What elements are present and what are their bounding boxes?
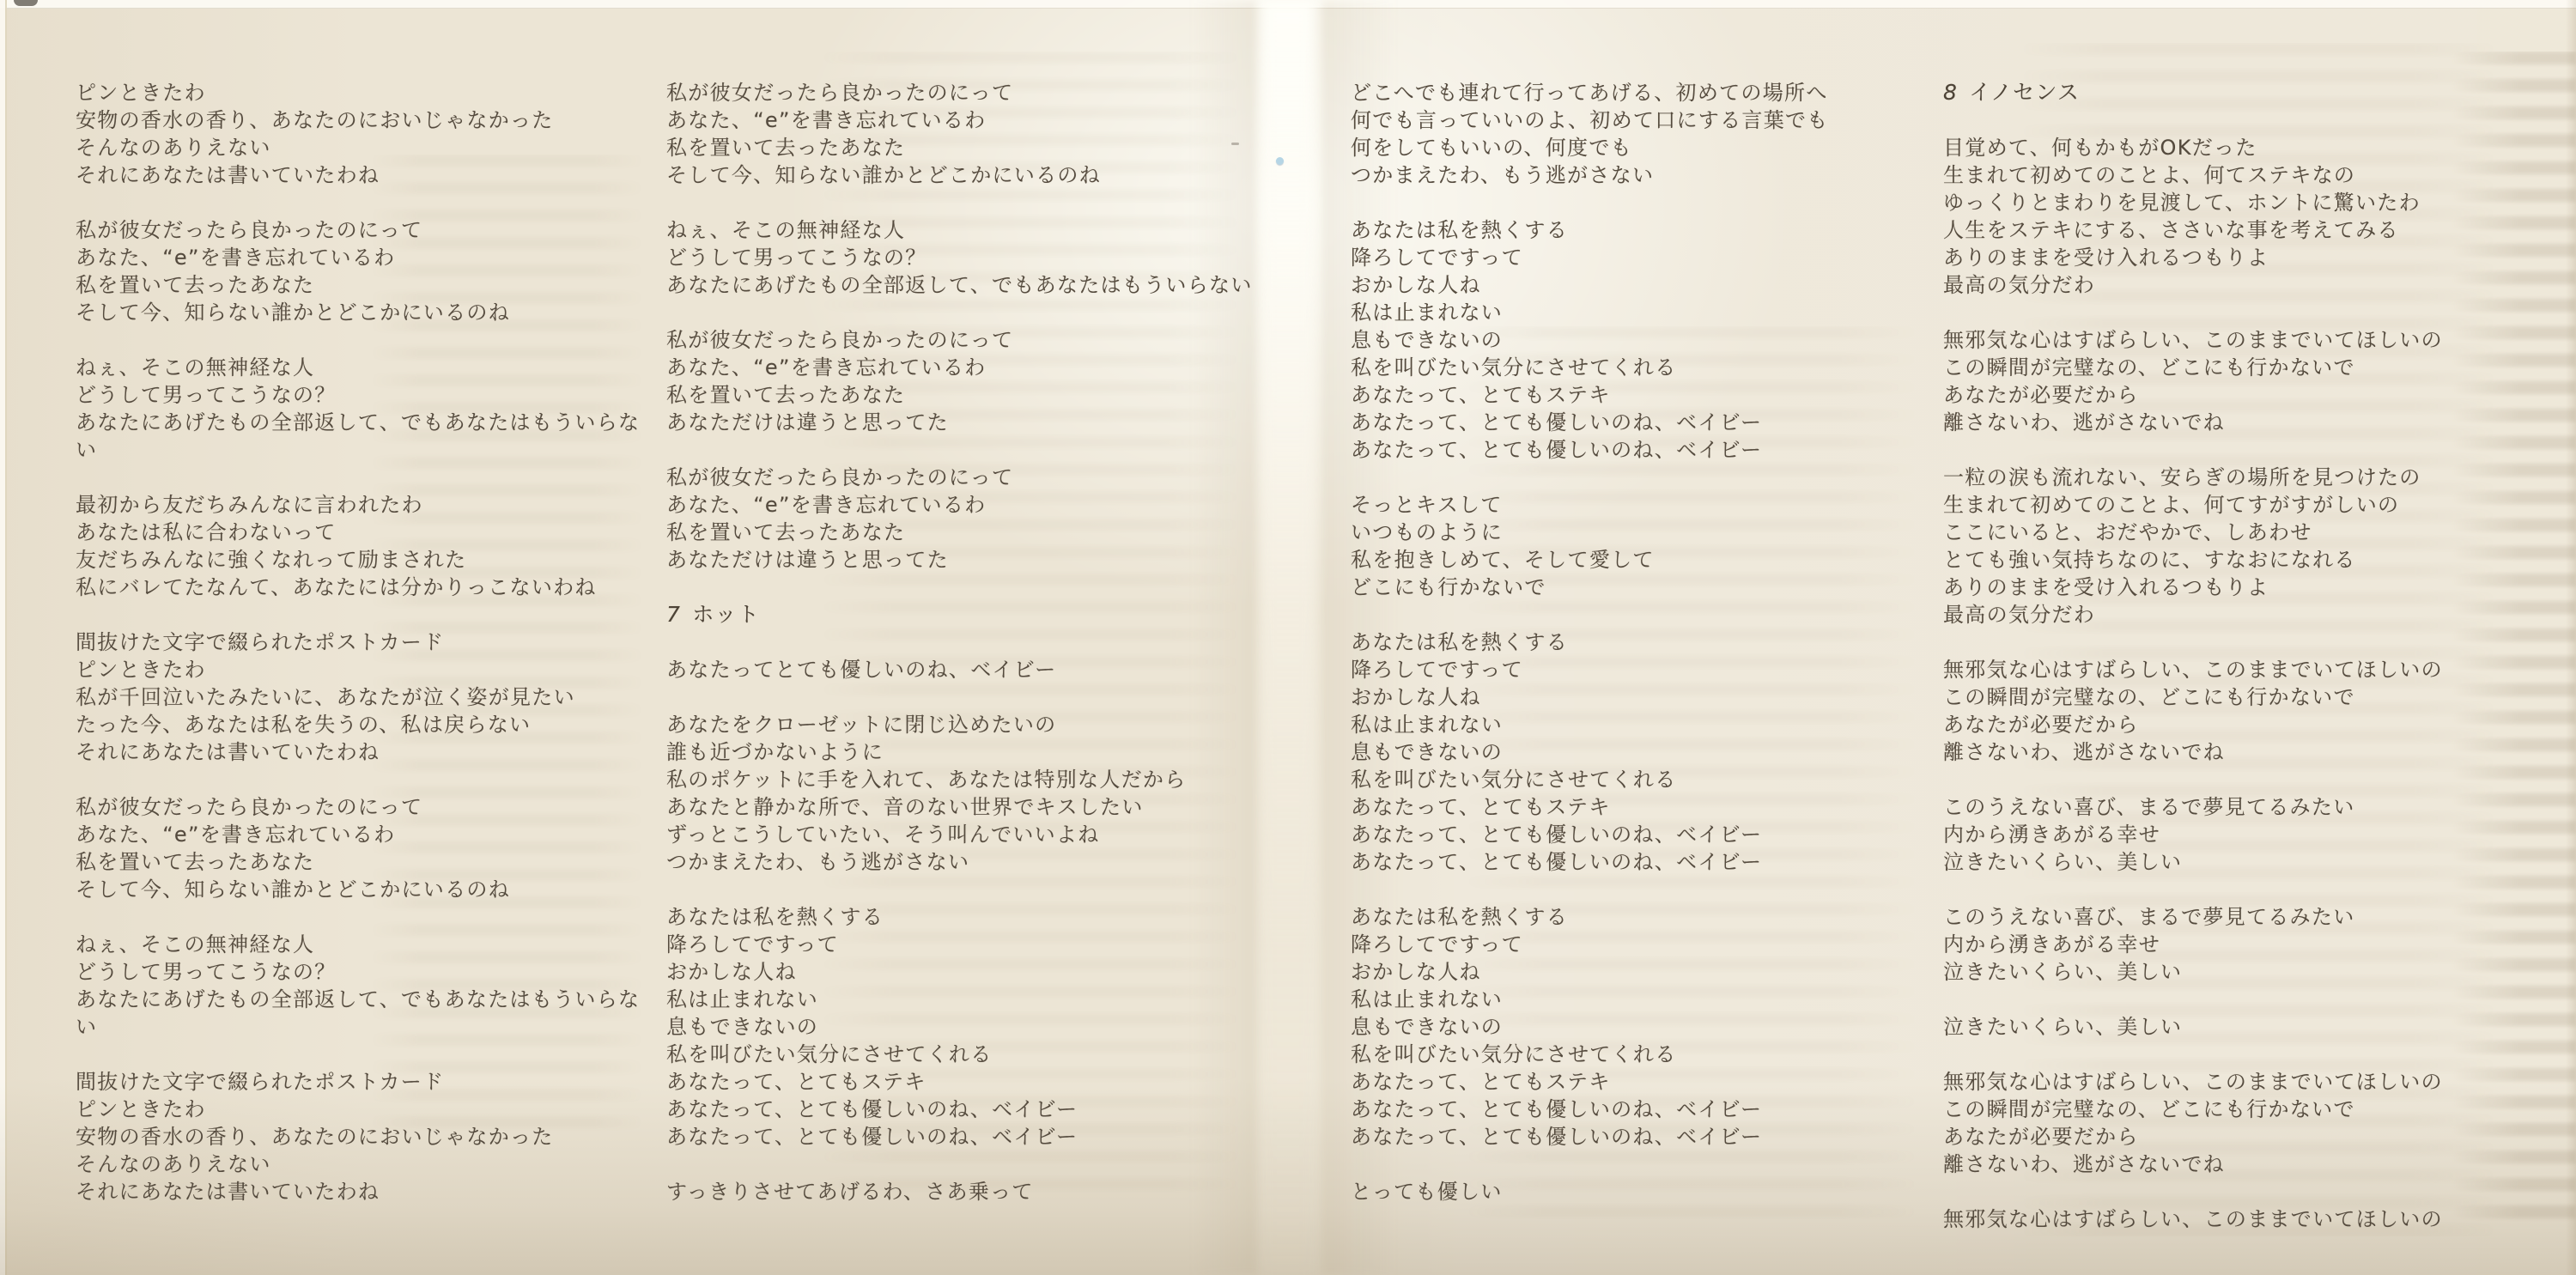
lyric-line: 内から湧きあがる幸せ	[1943, 821, 2555, 848]
lyric-line: 私が彼女だったら良かったのにって	[666, 79, 1263, 106]
lyric-stanza: 私が彼女だったら良かったのにってあなた、“e”を書き忘れているわ私を置いて去った…	[76, 793, 644, 903]
lyric-line: つかまえたわ、もう逃がさない	[666, 848, 1263, 876]
lyric-line: おかしな人ね	[1351, 271, 1943, 299]
lyric-line: つかまえたわ、もう逃がさない	[1351, 161, 1943, 189]
lyric-line: ねぇ、そこの無神経な人	[76, 931, 644, 958]
lyric-line: ねぇ、そこの無神経な人	[76, 354, 644, 381]
lyric-line: 離さないわ、逃がさないでね	[1943, 738, 2555, 766]
lyric-line: あなたは私を熱くする	[666, 903, 1263, 931]
lyric-line: 私が彼女だったら良かったのにって	[666, 464, 1263, 491]
lyric-line: おかしな人ね	[666, 958, 1263, 986]
lyric-line: 降ろしてですって	[666, 931, 1263, 958]
lyric-line: 私を叫びたい気分にさせてくれる	[1351, 1041, 1943, 1068]
lyric-stanza: ねぇ、そこの無神経な人どうして男ってこうなの？あなたにあげたもの全部返して、でも…	[666, 216, 1263, 299]
track-number: 7	[666, 602, 681, 627]
lyric-line: あなたは私を熱くする	[1351, 216, 1943, 244]
lyric-line: とても強い気持ちなのに、すなおになれる	[1943, 546, 2555, 574]
lyric-line: あなたって、とてもステキ	[1351, 793, 1943, 821]
lyric-stanza: あなたは私を熱くする降ろしてですっておかしな人ね私は止まれない息もできないの私を…	[666, 903, 1263, 1151]
lyric-line: 私は止まれない	[1351, 986, 1943, 1013]
lyric-line: このうえない喜び、まるで夢見てるみたい	[1943, 793, 2555, 821]
fold-blue-speck	[1276, 157, 1284, 165]
lyric-line: 目覚めて、何もかもがOKだった	[1943, 134, 2555, 161]
lyric-line: 最初から友だちみんなに言われたわ	[76, 491, 644, 519]
lyric-line: 降ろしてですって	[1351, 931, 1943, 958]
lyric-line: それにあなたは書いていたわね	[76, 738, 644, 766]
lyrics-column-2: 私が彼女だったら良かったのにってあなた、“e”を書き忘れているわ私を置いて去った…	[666, 79, 1263, 1233]
lyric-line: ゆっくりとまわりを見渡して、ホントに驚いたわ	[1943, 189, 2555, 216]
lyric-line: 降ろしてですって	[1351, 656, 1943, 683]
lyrics-column-3: どこへでも連れて行ってあげる、初めての場所へ何でも言っていいのよ、初めて口にする…	[1351, 79, 1943, 1233]
lyric-stanza: 私が彼女だったら良かったのにってあなた、“e”を書き忘れているわ私を置いて去った…	[666, 79, 1263, 189]
lyric-line: あなたって、とても優しいのね、ベイビー	[666, 1096, 1263, 1123]
lyric-stanza: 目覚めて、何もかもがOKだった生まれて初めてのことよ、何てステキなのゆっくりとま…	[1943, 134, 2555, 299]
lyric-line: 息もできないの	[1351, 1013, 1943, 1041]
lyric-line: あなたって、とても優しいのね、ベイビー	[1351, 409, 1943, 436]
lyric-line: あなた、“e”を書き忘れているわ	[666, 106, 1263, 134]
lyric-line: 何をしてもいいの、何度でも	[1351, 134, 1943, 161]
lyric-line: あなただけは違うと思ってた	[666, 546, 1263, 574]
lyric-line: 私は止まれない	[1351, 299, 1943, 326]
lyric-line: 泣きたいくらい、美しい	[1943, 1013, 2555, 1041]
lyric-line: あなた、“e”を書き忘れているわ	[76, 821, 644, 848]
lyric-line: あなたは私を熱くする	[1351, 903, 1943, 931]
lyric-line: どこへでも連れて行ってあげる、初めての場所へ	[1351, 79, 1943, 106]
lyric-line: 私にバレてたなんて、あなたには分かりっこないわね	[76, 574, 644, 601]
song-title-text: イノセンス	[1969, 80, 2080, 105]
lyric-line: あなたをクローゼットに閉じ込めたいの	[666, 711, 1263, 738]
lyric-line: ピンときたわ	[76, 79, 644, 106]
lyric-stanza: とっても優しい	[1351, 1178, 1943, 1205]
lyric-line: それにあなたは書いていたわね	[76, 161, 644, 189]
lyric-line: 息もできないの	[666, 1013, 1263, 1041]
lyric-line: あなたってとても優しいのね、ベイビー	[666, 656, 1263, 683]
lyric-line: 降ろしてですって	[1351, 244, 1943, 271]
lyric-stanza: すっきりさせてあげるわ、さあ乗って	[666, 1178, 1263, 1205]
lyric-line: 泣きたいくらい、美しい	[1943, 958, 2555, 986]
lyric-line: 離さないわ、逃がさないでね	[1943, 409, 2555, 436]
lyric-line: 私を置いて去ったあなた	[666, 519, 1263, 546]
lyric-line: すっきりさせてあげるわ、さあ乗って	[666, 1178, 1263, 1205]
lyric-line: どうして男ってこうなの？	[76, 958, 644, 986]
lyric-line: あなたって、とても優しいのね、ベイビー	[666, 1123, 1263, 1151]
lyric-stanza: 無邪気な心はすばらしい、このままでいてほしいのこの瞬間が完璧なの、どこにも行かな…	[1943, 326, 2555, 436]
lyric-line: 私を叫びたい気分にさせてくれる	[666, 1041, 1263, 1068]
lyric-line: ありのままを受け入れるつもりよ	[1943, 244, 2555, 271]
lyric-line: 泣きたいくらい、美しい	[1943, 848, 2555, 876]
lyric-line: あなたって、とても優しいのね、ベイビー	[1351, 1123, 1943, 1151]
lyric-line: あなたは私に合わないって	[76, 519, 644, 546]
lyric-line: 私が彼女だったら良かったのにって	[76, 216, 644, 244]
lyric-line: 私を置いて去ったあなた	[666, 381, 1263, 409]
lyric-line: ねぇ、そこの無神経な人	[666, 216, 1263, 244]
lyric-line: 人生をステキにする、ささいな事を考えてみる	[1943, 216, 2555, 244]
lyric-line: あなたと静かな所で、音のない世界でキスしたい	[666, 793, 1263, 821]
lyric-stanza: 私が彼女だったら良かったのにってあなた、“e”を書き忘れているわ私を置いて去った…	[76, 216, 644, 326]
lyric-line: 私を置いて去ったあなた	[76, 848, 644, 876]
lyric-line: あなたが必要だから	[1943, 381, 2555, 409]
song-title: 7ホット	[666, 601, 1263, 628]
lyric-line: そっとキスして	[1351, 491, 1943, 519]
lyric-line: 私のポケットに手を入れて、あなたは特別な人だから	[666, 766, 1263, 793]
lyric-line: この瞬間が完璧なの、どこにも行かないで	[1943, 1096, 2555, 1123]
lyric-stanza: ねぇ、そこの無神経な人どうして男ってこうなの？あなたにあげたもの全部返して、でも…	[76, 354, 644, 464]
lyric-line: 無邪気な心はすばらしい、このままでいてほしいの	[1943, 326, 2555, 354]
lyric-line: このうえない喜び、まるで夢見てるみたい	[1943, 903, 2555, 931]
lyric-stanza: ねぇ、そこの無神経な人どうして男ってこうなの？あなたにあげたもの全部返して、でも…	[76, 931, 644, 1041]
lyrics-booklet-spread: ピンときたわ安物の香水の香り、あなたのにおいじゃなかったそんなのありえないそれに…	[0, 0, 2576, 1275]
lyric-line: そして今、知らない誰かとどこかにいるのね	[666, 161, 1263, 189]
lyric-line: 何でも言っていいのよ、初めて口にする言葉でも	[1351, 106, 1943, 134]
track-number: 8	[1943, 80, 1958, 105]
lyric-line: あなた、“e”を書き忘れているわ	[666, 491, 1263, 519]
lyric-line: どうして男ってこうなの？	[76, 381, 644, 409]
lyric-line: あなた、“e”を書き忘れているわ	[666, 354, 1263, 381]
lyric-line: 一粒の涙も流れない、安らぎの場所を見つけたの	[1943, 464, 2555, 491]
lyric-line: 安物の香水の香り、あなたのにおいじゃなかった	[76, 106, 644, 134]
lyric-line: あなたにあげたもの全部返して、でもあなたはもういらない	[76, 986, 644, 1041]
lyric-line: 間抜けた文字で綴られたポストカード	[76, 628, 644, 656]
lyric-stanza: どこへでも連れて行ってあげる、初めての場所へ何でも言っていいのよ、初めて口にする…	[1351, 79, 1943, 189]
lyric-line: 最高の気分だわ	[1943, 271, 2555, 299]
lyric-line: 息もできないの	[1351, 738, 1943, 766]
lyric-line: とっても優しい	[1351, 1178, 1943, 1205]
lyric-line: 息もできないの	[1351, 326, 1943, 354]
lyric-line: 無邪気な心はすばらしい、このままでいてほしいの	[1943, 1068, 2555, 1096]
lyric-line: そして今、知らない誰かとどこかにいるのね	[76, 299, 644, 326]
lyrics-column-1: ピンときたわ安物の香水の香り、あなたのにおいじゃなかったそんなのありえないそれに…	[76, 79, 644, 1233]
lyric-stanza: 間抜けた文字で綴られたポストカードピンときたわ安物の香水の香り、あなたのにおいじ…	[76, 1068, 644, 1205]
lyric-line: この瞬間が完璧なの、どこにも行かないで	[1943, 354, 2555, 381]
lyric-line: 安物の香水の香り、あなたのにおいじゃなかった	[76, 1123, 644, 1151]
lyric-line: あなたが必要だから	[1943, 1123, 2555, 1151]
lyrics-column-4: 8イノセンス目覚めて、何もかもがOKだった生まれて初めてのことよ、何てステキなの…	[1943, 79, 2555, 1260]
lyric-stanza: 間抜けた文字で綴られたポストカードピンときたわ私が千回泣いたみたいに、あなたが泣…	[76, 628, 644, 766]
lyric-stanza: 私が彼女だったら良かったのにってあなた、“e”を書き忘れているわ私を置いて去った…	[666, 326, 1263, 436]
lyric-line: ここにいると、おだやかで、しあわせ	[1943, 519, 2555, 546]
lyric-stanza: あなたは私を熱くする降ろしてですっておかしな人ね私は止まれない息もできないの私を…	[1351, 903, 1943, 1151]
lyric-stanza: ピンときたわ安物の香水の香り、あなたのにおいじゃなかったそんなのありえないそれに…	[76, 79, 644, 189]
lyric-stanza: 無邪気な心はすばらしい、このままでいてほしいのこの瞬間が完璧なの、どこにも行かな…	[1943, 656, 2555, 766]
lyric-line: 私を置いて去ったあなた	[666, 134, 1263, 161]
lyric-line: 私は止まれない	[1351, 711, 1943, 738]
lyric-stanza: 無邪気な心はすばらしい、このままでいてほしいのこの瞬間が完璧なの、どこにも行かな…	[1943, 1068, 2555, 1178]
lyric-line: 生まれて初めてのことよ、何てすがすがしいの	[1943, 491, 2555, 519]
lyric-line: 私を抱きしめて、そして愛して	[1351, 546, 1943, 574]
lyric-line: そして今、知らない誰かとどこかにいるのね	[76, 876, 644, 903]
lyric-line: あなたって、とても優しいのね、ベイビー	[1351, 1096, 1943, 1123]
lyric-line: 最高の気分だわ	[1943, 601, 2555, 628]
lyric-stanza: あなたをクローゼットに閉じ込めたいの誰も近づかないように私のポケットに手を入れて…	[666, 711, 1263, 876]
lyric-stanza: 最初から友だちみんなに言われたわあなたは私に合わないって友だちみんなに強くなれっ…	[76, 491, 644, 601]
lyric-stanza: このうえない喜び、まるで夢見てるみたい内から湧きあがる幸せ泣きたいくらい、美しい	[1943, 903, 2555, 986]
lyric-stanza: 私が彼女だったら良かったのにってあなた、“e”を書き忘れているわ私を置いて去った…	[666, 464, 1263, 574]
lyric-stanza: そっとキスしていつものように私を抱きしめて、そして愛してどこにも行かないで	[1351, 491, 1943, 601]
lyric-line: 私は止まれない	[666, 986, 1263, 1013]
lyric-line: 私が千回泣いたみたいに、あなたが泣く姿が見たい	[76, 683, 644, 711]
song-title: 8イノセンス	[1943, 79, 2555, 106]
lyric-line: おかしな人ね	[1351, 683, 1943, 711]
lyric-line: あなたって、とてもステキ	[1351, 1068, 1943, 1096]
lyric-line: 誰も近づかないように	[666, 738, 1263, 766]
lyric-line: 離さないわ、逃がさないでね	[1943, 1151, 2555, 1178]
lyric-line: あなたって、とてもステキ	[666, 1068, 1263, 1096]
lyric-line: 内から湧きあがる幸せ	[1943, 931, 2555, 958]
scan-corner-mark	[14, 0, 38, 6]
lyric-line: あなたって、とても優しいのね、ベイビー	[1351, 821, 1943, 848]
lyric-stanza: あなたは私を熱くする降ろしてですっておかしな人ね私は止まれない息もできないの私を…	[1351, 216, 1943, 464]
lyric-line: どうして男ってこうなの？	[666, 244, 1263, 271]
lyric-line: あなたにあげたもの全部返して、でもあなたはもういらない	[76, 409, 644, 464]
lyric-line: 生まれて初めてのことよ、何てステキなの	[1943, 161, 2555, 189]
lyric-line: あなたは私を熱くする	[1351, 628, 1943, 656]
lyric-stanza: あなたは私を熱くする降ろしてですっておかしな人ね私は止まれない息もできないの私を…	[1351, 628, 1943, 876]
lyric-line: たった今、あなたは私を失うの、私は戻らない	[76, 711, 644, 738]
lyric-line: そんなのありえない	[76, 134, 644, 161]
lyric-line: あなたって、とても優しいのね、ベイビー	[1351, 436, 1943, 464]
lyric-line: この瞬間が完璧なの、どこにも行かないで	[1943, 683, 2555, 711]
lyric-line: ありのままを受け入れるつもりよ	[1943, 574, 2555, 601]
song-title-text: ホット	[692, 602, 760, 627]
lyric-line: あなた、“e”を書き忘れているわ	[76, 244, 644, 271]
lyric-line: あなたにあげたもの全部返して、でもあなたはもういらない	[666, 271, 1263, 299]
lyric-line: 私が彼女だったら良かったのにって	[76, 793, 644, 821]
lyric-line: 無邪気な心はすばらしい、このままでいてほしいの	[1943, 656, 2555, 683]
lyric-line: あなたが必要だから	[1943, 711, 2555, 738]
lyric-line: ずっとこうしていたい、そう叫んでいいよね	[666, 821, 1263, 848]
lyric-line: 私を置いて去ったあなた	[76, 271, 644, 299]
lyric-stanza: 泣きたいくらい、美しい	[1943, 1013, 2555, 1041]
lyric-line: そんなのありえない	[76, 1151, 644, 1178]
lyric-line: 間抜けた文字で綴られたポストカード	[76, 1068, 644, 1096]
lyric-stanza: あなたってとても優しいのね、ベイビー	[666, 656, 1263, 683]
lyric-line: あなただけは違うと思ってた	[666, 409, 1263, 436]
lyric-line: 私を叫びたい気分にさせてくれる	[1351, 354, 1943, 381]
lyric-line: ピンときたわ	[76, 1096, 644, 1123]
lyric-line: あなたって、とてもステキ	[1351, 381, 1943, 409]
lyric-line: おかしな人ね	[1351, 958, 1943, 986]
lyric-line: 私が彼女だったら良かったのにって	[666, 326, 1263, 354]
lyric-stanza: 無邪気な心はすばらしい、このままでいてほしいの	[1943, 1205, 2555, 1233]
lyric-line: ピンときたわ	[76, 656, 644, 683]
lyric-line: あなたって、とても優しいのね、ベイビー	[1351, 848, 1943, 876]
lyric-stanza: このうえない喜び、まるで夢見てるみたい内から湧きあがる幸せ泣きたいくらい、美しい	[1943, 793, 2555, 876]
lyric-line: 私を叫びたい気分にさせてくれる	[1351, 766, 1943, 793]
lyric-line: いつものように	[1351, 519, 1943, 546]
lyric-line: どこにも行かないで	[1351, 574, 1943, 601]
lyric-line: 友だちみんなに強くなれって励まされた	[76, 546, 644, 574]
lyric-line: 無邪気な心はすばらしい、このままでいてほしいの	[1943, 1205, 2555, 1233]
lyric-stanza: 一粒の涙も流れない、安らぎの場所を見つけたの生まれて初めてのことよ、何てすがすが…	[1943, 464, 2555, 628]
lyric-line: それにあなたは書いていたわね	[76, 1178, 644, 1205]
